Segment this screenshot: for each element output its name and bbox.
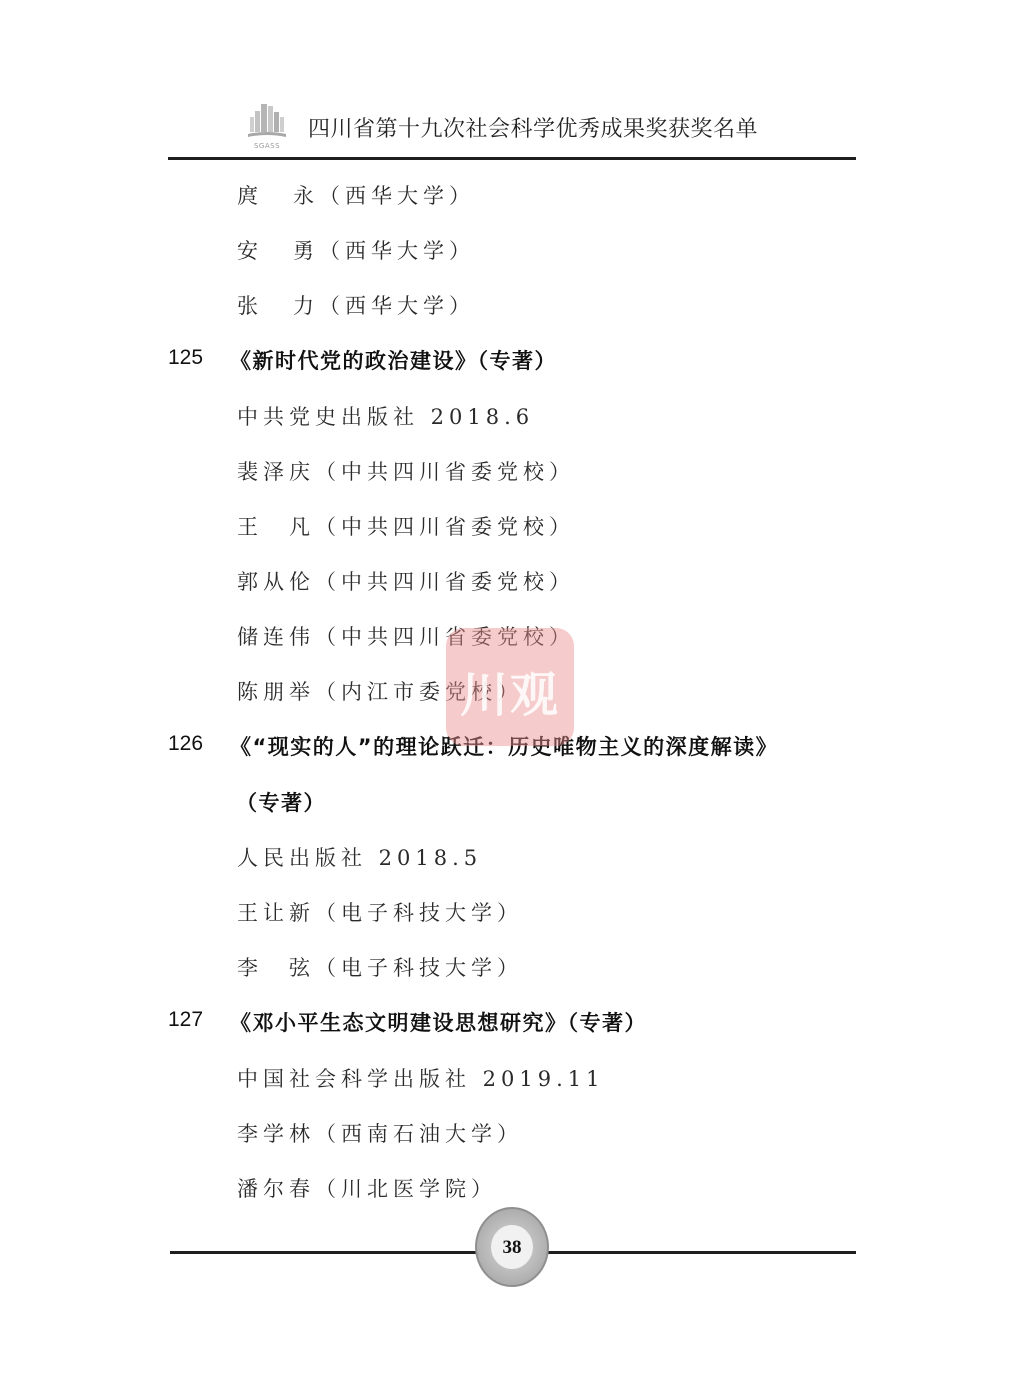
author-line: 王 凡（中共四川省委党校） [237, 511, 575, 541]
publisher-line: 人民出版社 2018.5 [237, 842, 482, 872]
author-line: 裴泽庆（中共四川省委党校） [237, 456, 575, 486]
page-number: 38 [477, 1237, 547, 1259]
entry-title-continuation: （专著） [236, 787, 326, 817]
logo-text: SGASS [244, 142, 290, 150]
author-line: 李学林（西南石油大学） [237, 1118, 523, 1148]
entry-number: 126 [168, 732, 203, 756]
publisher-line: 中国社会科学出版社 2019.11 [237, 1063, 605, 1093]
author-line: 李 弦（电子科技大学） [237, 952, 523, 982]
page-number-badge: 38 [475, 1207, 549, 1287]
footer-divider-left [170, 1251, 480, 1254]
author-line: 庹永（西华大学） [237, 180, 475, 210]
publisher-line: 中共党史出版社 2018.6 [237, 401, 534, 431]
author-line: 安勇（西华大学） [237, 235, 475, 265]
page-title: 四川省第十九次社会科学优秀成果奖获奖名单 [308, 112, 758, 143]
building-book-icon [244, 102, 290, 142]
author-line: 郭从伦（中共四川省委党校） [237, 566, 575, 596]
entry-number: 127 [168, 1008, 203, 1032]
entry-number: 125 [168, 346, 203, 370]
page-header: SGASS 四川省第十九次社会科学优秀成果奖获奖名单 [0, 0, 1024, 165]
author-line: 潘尔春（川北医学院） [237, 1173, 497, 1203]
entry-title: 《新时代党的政治建设》（专著） [230, 345, 557, 375]
watermark-logo: 川观 [446, 628, 574, 746]
author-line: 张力（西华大学） [237, 290, 475, 320]
header-divider [168, 157, 856, 160]
watermark-text: 川观 [446, 656, 574, 725]
entry-title: 《邓小平生态文明建设思想研究》（专著） [230, 1007, 647, 1037]
footer-divider-right [544, 1251, 856, 1254]
sgass-logo: SGASS [244, 102, 290, 152]
author-line: 王让新（电子科技大学） [237, 897, 523, 927]
